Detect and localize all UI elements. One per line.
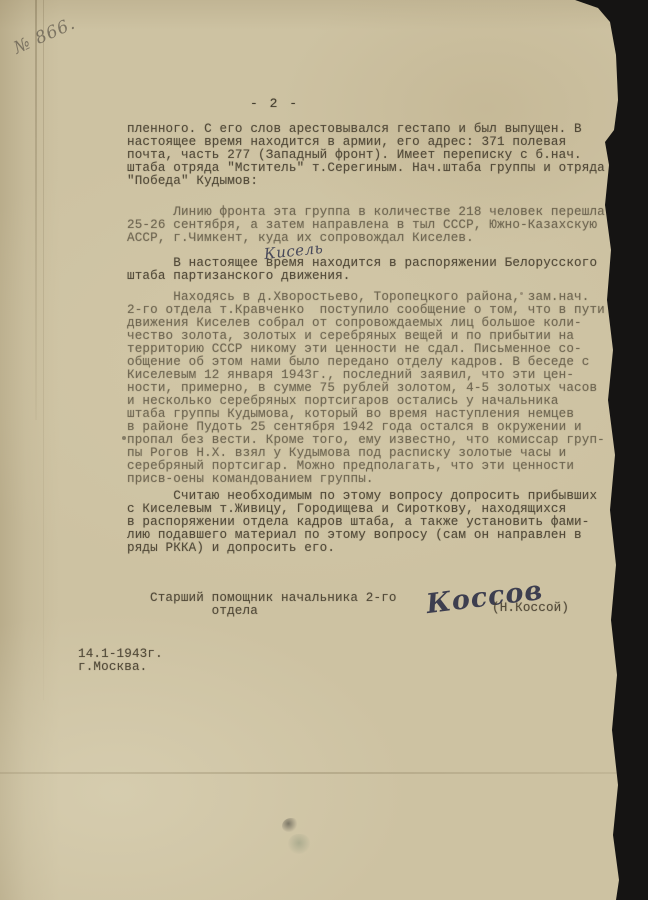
document-page: № 866. - 2 - пленного. С его слов аресто… bbox=[0, 0, 648, 900]
signature-typed-name: (Н.Коссой) bbox=[492, 602, 569, 615]
paragraph-5: Считаю необходимым по этому вопросу допр… bbox=[127, 490, 597, 555]
paragraph-4: Находясь в д.Хворостьево, Торопецкого ра… bbox=[127, 291, 605, 486]
ink-smudge-stain bbox=[282, 818, 298, 832]
paragraph-1: пленного. С его слов арестовывался геста… bbox=[127, 123, 605, 188]
paragraph-2: Линию фронта эта группа в количестве 218… bbox=[127, 206, 605, 245]
signature-title: Старший помощник начальника 2-го отдела bbox=[150, 592, 397, 618]
vertical-crease bbox=[35, 0, 37, 420]
date-place-block: 14.1-1943г. г.Москва. bbox=[78, 648, 163, 674]
paragraph-3: В настоящее время находится в распоряжен… bbox=[127, 257, 597, 283]
horizontal-fold-crease bbox=[0, 772, 648, 774]
green-stain bbox=[288, 834, 310, 854]
vertical-crease bbox=[43, 0, 44, 700]
scanned-document: № 866. - 2 - пленного. С его слов аресто… bbox=[0, 0, 648, 900]
paper-speck bbox=[520, 292, 523, 295]
paper-speck bbox=[122, 436, 126, 440]
page-number: - 2 - bbox=[250, 96, 299, 111]
pencil-number-annotation: № 866. bbox=[11, 14, 79, 59]
